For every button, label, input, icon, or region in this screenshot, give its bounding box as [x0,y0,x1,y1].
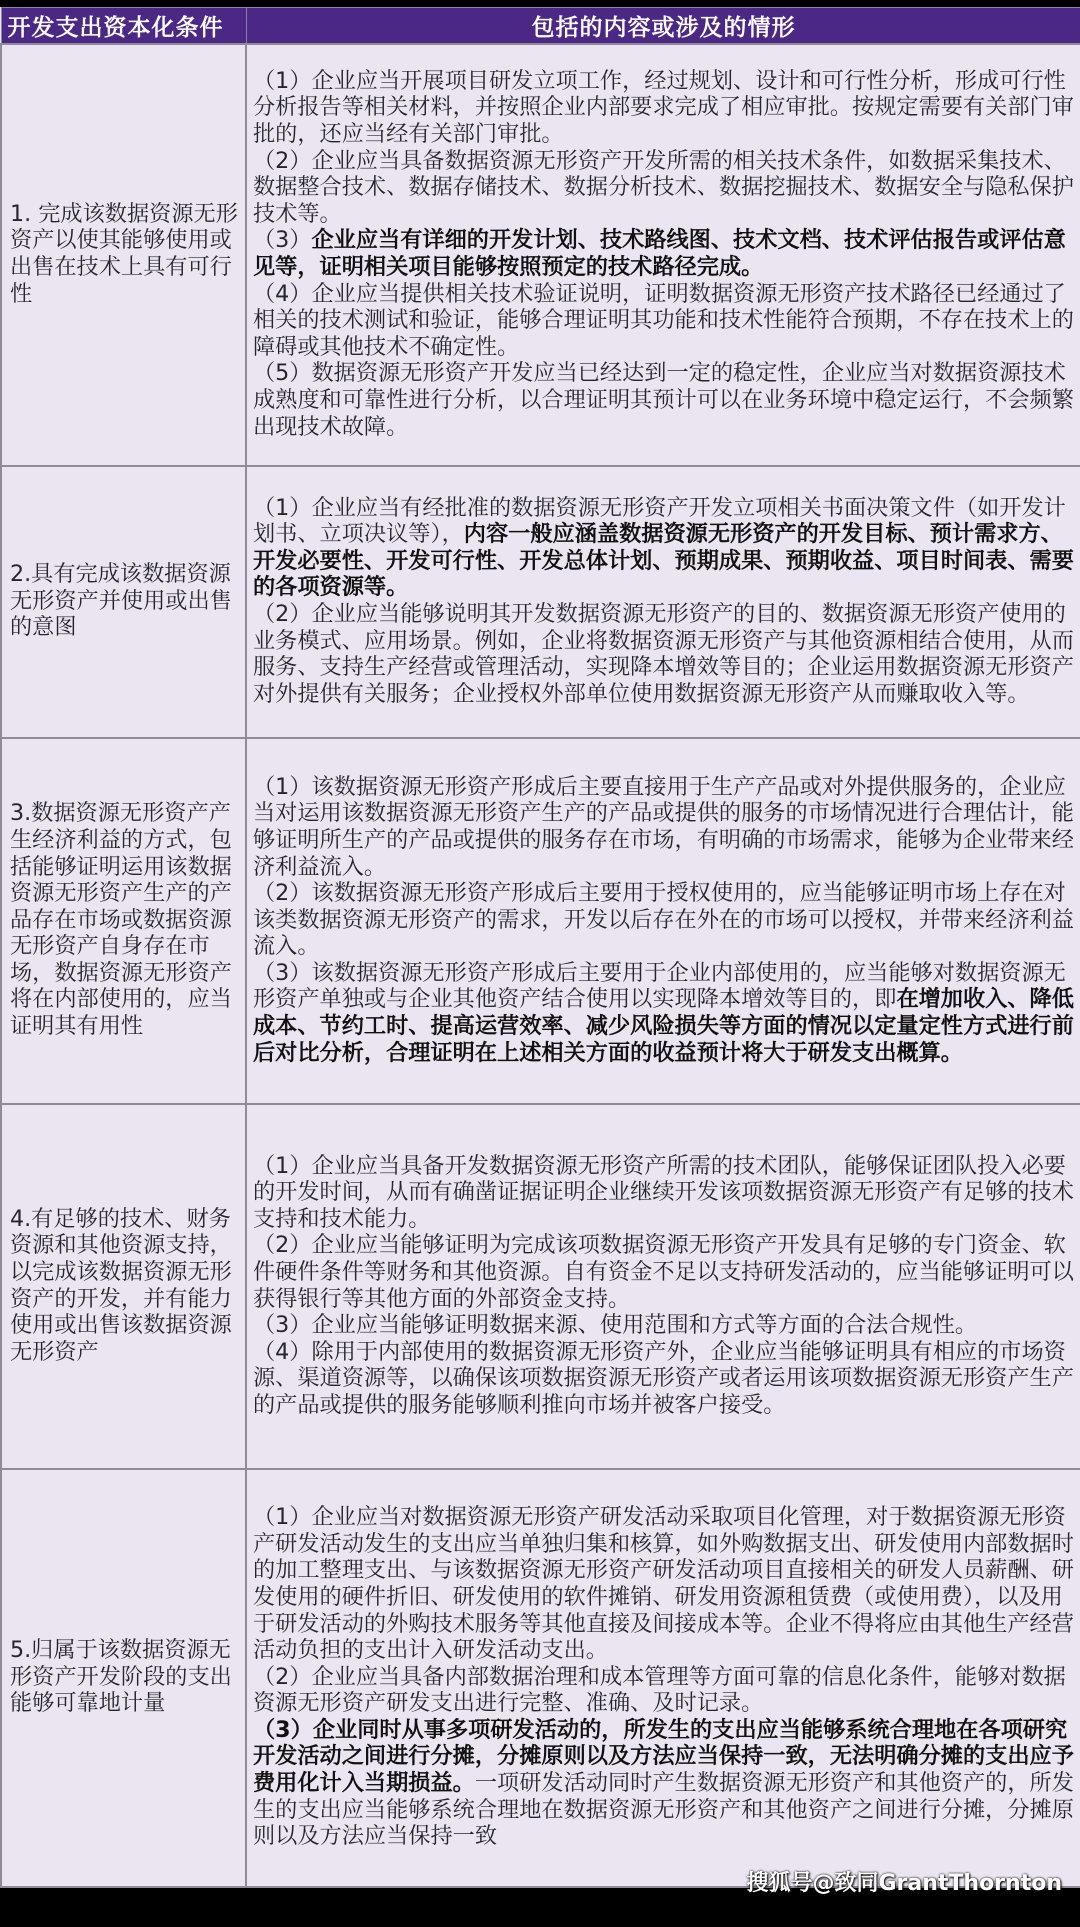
content-item: （2）企业应当具备数据资源无形资产开发所需的相关技术条件，如数据采集技术、数据整… [253,148,1074,228]
text: （1）企业应当开展项目研发立项工作，经过规划、设计和可行性分析，形成可行性分析报… [253,68,1074,147]
bold-text: 企业应当有详细的开发计划、技术路线图、技术文档、技术评估报告或评估意见等，证明相… [253,227,1066,280]
text: （5）数据资源无形资产开发应当已经达到一定的稳定性，企业应当对数据资源技术成熟度… [253,360,1074,439]
content-cell: （1）企业应当开展项目研发立项工作，经过规划、设计和可行性分析，形成可行性分析报… [246,44,1080,466]
condition-cell: 5.归属于该数据资源无形资产开发阶段的支出能够可靠地计量 [1,1469,246,1887]
content-item: （1）该数据资源无形资产形成后主要直接用于生产产品或对外提供服务的，企业应当对运… [253,774,1074,880]
document-frame: 开发支出资本化条件 包括的内容或涉及的情形 1. 完成该数据资源无形资产以使其能… [0,7,1080,1888]
table-row: 3.数据资源无形资产产生经济利益的方式，包括能够证明运用该数据资源无形资产生产的… [1,738,1080,1104]
content-item: （3）企业同时从事多项研发活动的，所发生的支出应当能够系统合理地在各项研究开发活… [253,1717,1074,1850]
table-row: 4.有足够的技术、财务资源和其他资源支持，以完成该数据资源无形资产的开发，并有能… [1,1104,1080,1469]
content-item: （4）企业应当提供相关技术验证说明，证明数据资源无形资产技术路径已经通过了相关的… [253,281,1074,361]
content-item: （2）企业应当能够说明其开发数据资源无形资产的目的、数据资源无形资产使用的业务模… [253,601,1074,707]
watermark: 搜狐号@致同GrantThornton [746,1866,1062,1897]
text: （1）企业应当对数据资源无形资产研发活动采取项目化管理，对于数据资源无形资产研发… [253,1504,1074,1663]
content-cell: （1）企业应当有经批准的数据资源无形资产开发立项相关书面决策文件（如开发计划书、… [246,466,1080,738]
text: （2）企业应当具备内部数据治理和成本管理等方面可靠的信息化条件，能够对数据资源无… [253,1664,1066,1717]
content-item: （3）企业应当有详细的开发计划、技术路线图、技术文档、技术评估报告或评估意见等，… [253,227,1074,280]
text: （2）企业应当具备数据资源无形资产开发所需的相关技术条件，如数据采集技术、数据整… [253,148,1074,227]
capitalization-conditions-table: 开发支出资本化条件 包括的内容或涉及的情形 1. 完成该数据资源无形资产以使其能… [0,7,1080,1888]
table-row: 1. 完成该数据资源无形资产以使其能够使用或出售在技术上具有可行性 （1）企业应… [1,44,1080,466]
text: （1）企业应当具备开发数据资源无形资产所需的技术团队，能够保证团队投入必要的开发… [253,1153,1074,1232]
content-item: （1）企业应当具备开发数据资源无形资产所需的技术团队，能够保证团队投入必要的开发… [253,1153,1074,1233]
content-item: （3）该数据资源无形资产形成后主要用于企业内部使用的，应当能够对数据资源无形资产… [253,960,1074,1066]
table-row: 5.归属于该数据资源无形资产开发阶段的支出能够可靠地计量 （1）企业应当对数据资… [1,1469,1080,1887]
table-header-row: 开发支出资本化条件 包括的内容或涉及的情形 [1,8,1080,45]
content-item: （4）除用于内部使用的数据资源无形资产外，企业应当能够证明具有相应的市场资源、渠… [253,1339,1074,1419]
text: （4）除用于内部使用的数据资源无形资产外，企业应当能够证明具有相应的市场资源、渠… [253,1339,1074,1418]
table-row: 2.具有完成该数据资源无形资产并使用或出售的意图 （1）企业应当有经批准的数据资… [1,466,1080,738]
text: （1）该数据资源无形资产形成后主要直接用于生产产品或对外提供服务的，企业应当对运… [253,774,1074,880]
content-item: （2）企业应当能够证明为完成该项数据资源无形资产开发具有足够的专门资金、软件硬件… [253,1232,1074,1312]
content-item: （2）企业应当具备内部数据治理和成本管理等方面可靠的信息化条件，能够对数据资源无… [253,1664,1074,1717]
condition-cell: 2.具有完成该数据资源无形资产并使用或出售的意图 [1,466,246,738]
text: （2）该数据资源无形资产形成后主要用于授权使用的，应当能够证明市场上存在对该类数… [253,880,1074,959]
content-item: （5）数据资源无形资产开发应当已经达到一定的稳定性，企业应当对数据资源技术成熟度… [253,360,1074,440]
condition-cell: 3.数据资源无形资产产生经济利益的方式，包括能够证明运用该数据资源无形资产生产的… [1,738,246,1104]
text: （3）企业应当能够证明数据来源、使用范围和方式等方面的合法合规性。 [253,1312,977,1338]
text: （4）企业应当提供相关技术验证说明，证明数据资源无形资产技术路径已经通过了相关的… [253,281,1074,360]
text: （2）企业应当能够证明为完成该项数据资源无形资产开发具有足够的专门资金、软件硬件… [253,1232,1074,1311]
condition-cell: 4.有足够的技术、财务资源和其他资源支持，以完成该数据资源无形资产的开发，并有能… [1,1104,246,1469]
content-cell: （1）该数据资源无形资产形成后主要直接用于生产产品或对外提供服务的，企业应当对运… [246,738,1080,1104]
bottom-black-band [0,1905,1080,1927]
header-content: 包括的内容或涉及的情形 [246,8,1080,45]
content-cell: （1）企业应当对数据资源无形资产研发活动采取项目化管理，对于数据资源无形资产研发… [246,1469,1080,1887]
header-condition: 开发支出资本化条件 [1,8,246,45]
content-item: （3）企业应当能够证明数据来源、使用范围和方式等方面的合法合规性。 [253,1312,1074,1339]
content-item: （2）该数据资源无形资产形成后主要用于授权使用的，应当能够证明市场上存在对该类数… [253,880,1074,960]
text: （3） [253,227,312,253]
content-item: （1）企业应当有经批准的数据资源无形资产开发立项相关书面决策文件（如开发计划书、… [253,495,1074,601]
content-item: （1）企业应当对数据资源无形资产研发活动采取项目化管理，对于数据资源无形资产研发… [253,1504,1074,1664]
condition-cell: 1. 完成该数据资源无形资产以使其能够使用或出售在技术上具有可行性 [1,44,246,466]
content-item: （1）企业应当开展项目研发立项工作，经过规划、设计和可行性分析，形成可行性分析报… [253,68,1074,148]
text: （2）企业应当能够说明其开发数据资源无形资产的目的、数据资源无形资产使用的业务模… [253,601,1074,707]
content-cell: （1）企业应当具备开发数据资源无形资产所需的技术团队，能够保证团队投入必要的开发… [246,1104,1080,1469]
